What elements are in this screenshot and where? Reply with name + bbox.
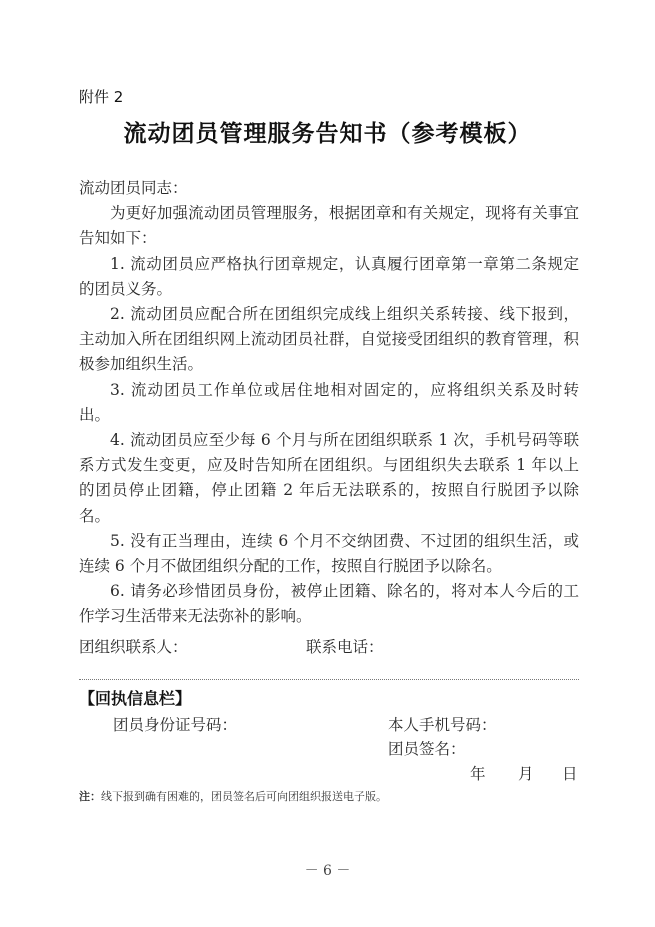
item-paragraph: 6. 请务必珍惜团员身份，被停止团籍、除名的，将对本人今后的工作学习生活带来无法… [79,579,579,629]
id-number-label: 团员身份证号码： [113,713,237,735]
phone-label: 联系电话： [306,635,384,657]
cut-line-divider [79,679,579,680]
salutation: 流动团员同志： [79,176,579,201]
intro-paragraph: 为更好加强流动团员管理服务，根据团章和有关规定，现将有关事宜告知如下： [79,201,579,251]
contact-row: 团组织联系人： 联系电话： [79,635,579,657]
item-paragraph: 3. 流动团员工作单位或居住地相对固定的，应将组织关系及时转出。 [79,378,579,428]
mobile-number-label: 本人手机号码： [388,713,497,735]
document-title: 流动团员管理服务告知书（参考模板） [0,115,655,148]
item-paragraph: 4. 流动团员应至少每 6 个月与所在团组织联系 1 次，手机号码等联系方式发生… [79,428,579,529]
footnote-prefix: 注： [79,790,101,803]
document-page: 附件 2 流动团员管理服务告知书（参考模板） 流动团员同志： 为更好加强流动团员… [0,0,655,927]
item-paragraph: 5. 没有正当理由，连续 6 个月不交纳团费、不过团的组织生活，或连续 6 个月… [79,529,579,579]
date-day-label: 日 [562,762,578,784]
receipt-section-title: 【回执信息栏】 [79,686,191,709]
attachment-label: 附件 2 [79,86,123,107]
footnote: 注：线下报到确有困难的，团员签名后可向团组织报送电子版。 [79,788,387,804]
page-number: － 6 － [0,860,655,880]
signature-label: 团员签名： [388,737,466,759]
item-paragraph: 1. 流动团员应严格执行团章规定，认真履行团章第一章第二条规定的团员义务。 [79,252,579,302]
date-month-label: 月 [518,762,534,784]
org-contact-label: 团组织联系人： [79,638,188,656]
item-paragraph: 2. 流动团员应配合所在团组织完成线上组织关系转接、线下报到，主动加入所在团组织… [79,302,579,378]
footnote-text: 线下报到确有困难的，团员签名后可向团组织报送电子版。 [101,790,387,803]
date-year-label: 年 [470,762,486,784]
document-body: 流动团员同志： 为更好加强流动团员管理服务，根据团章和有关规定，现将有关事宜告知… [79,176,579,630]
